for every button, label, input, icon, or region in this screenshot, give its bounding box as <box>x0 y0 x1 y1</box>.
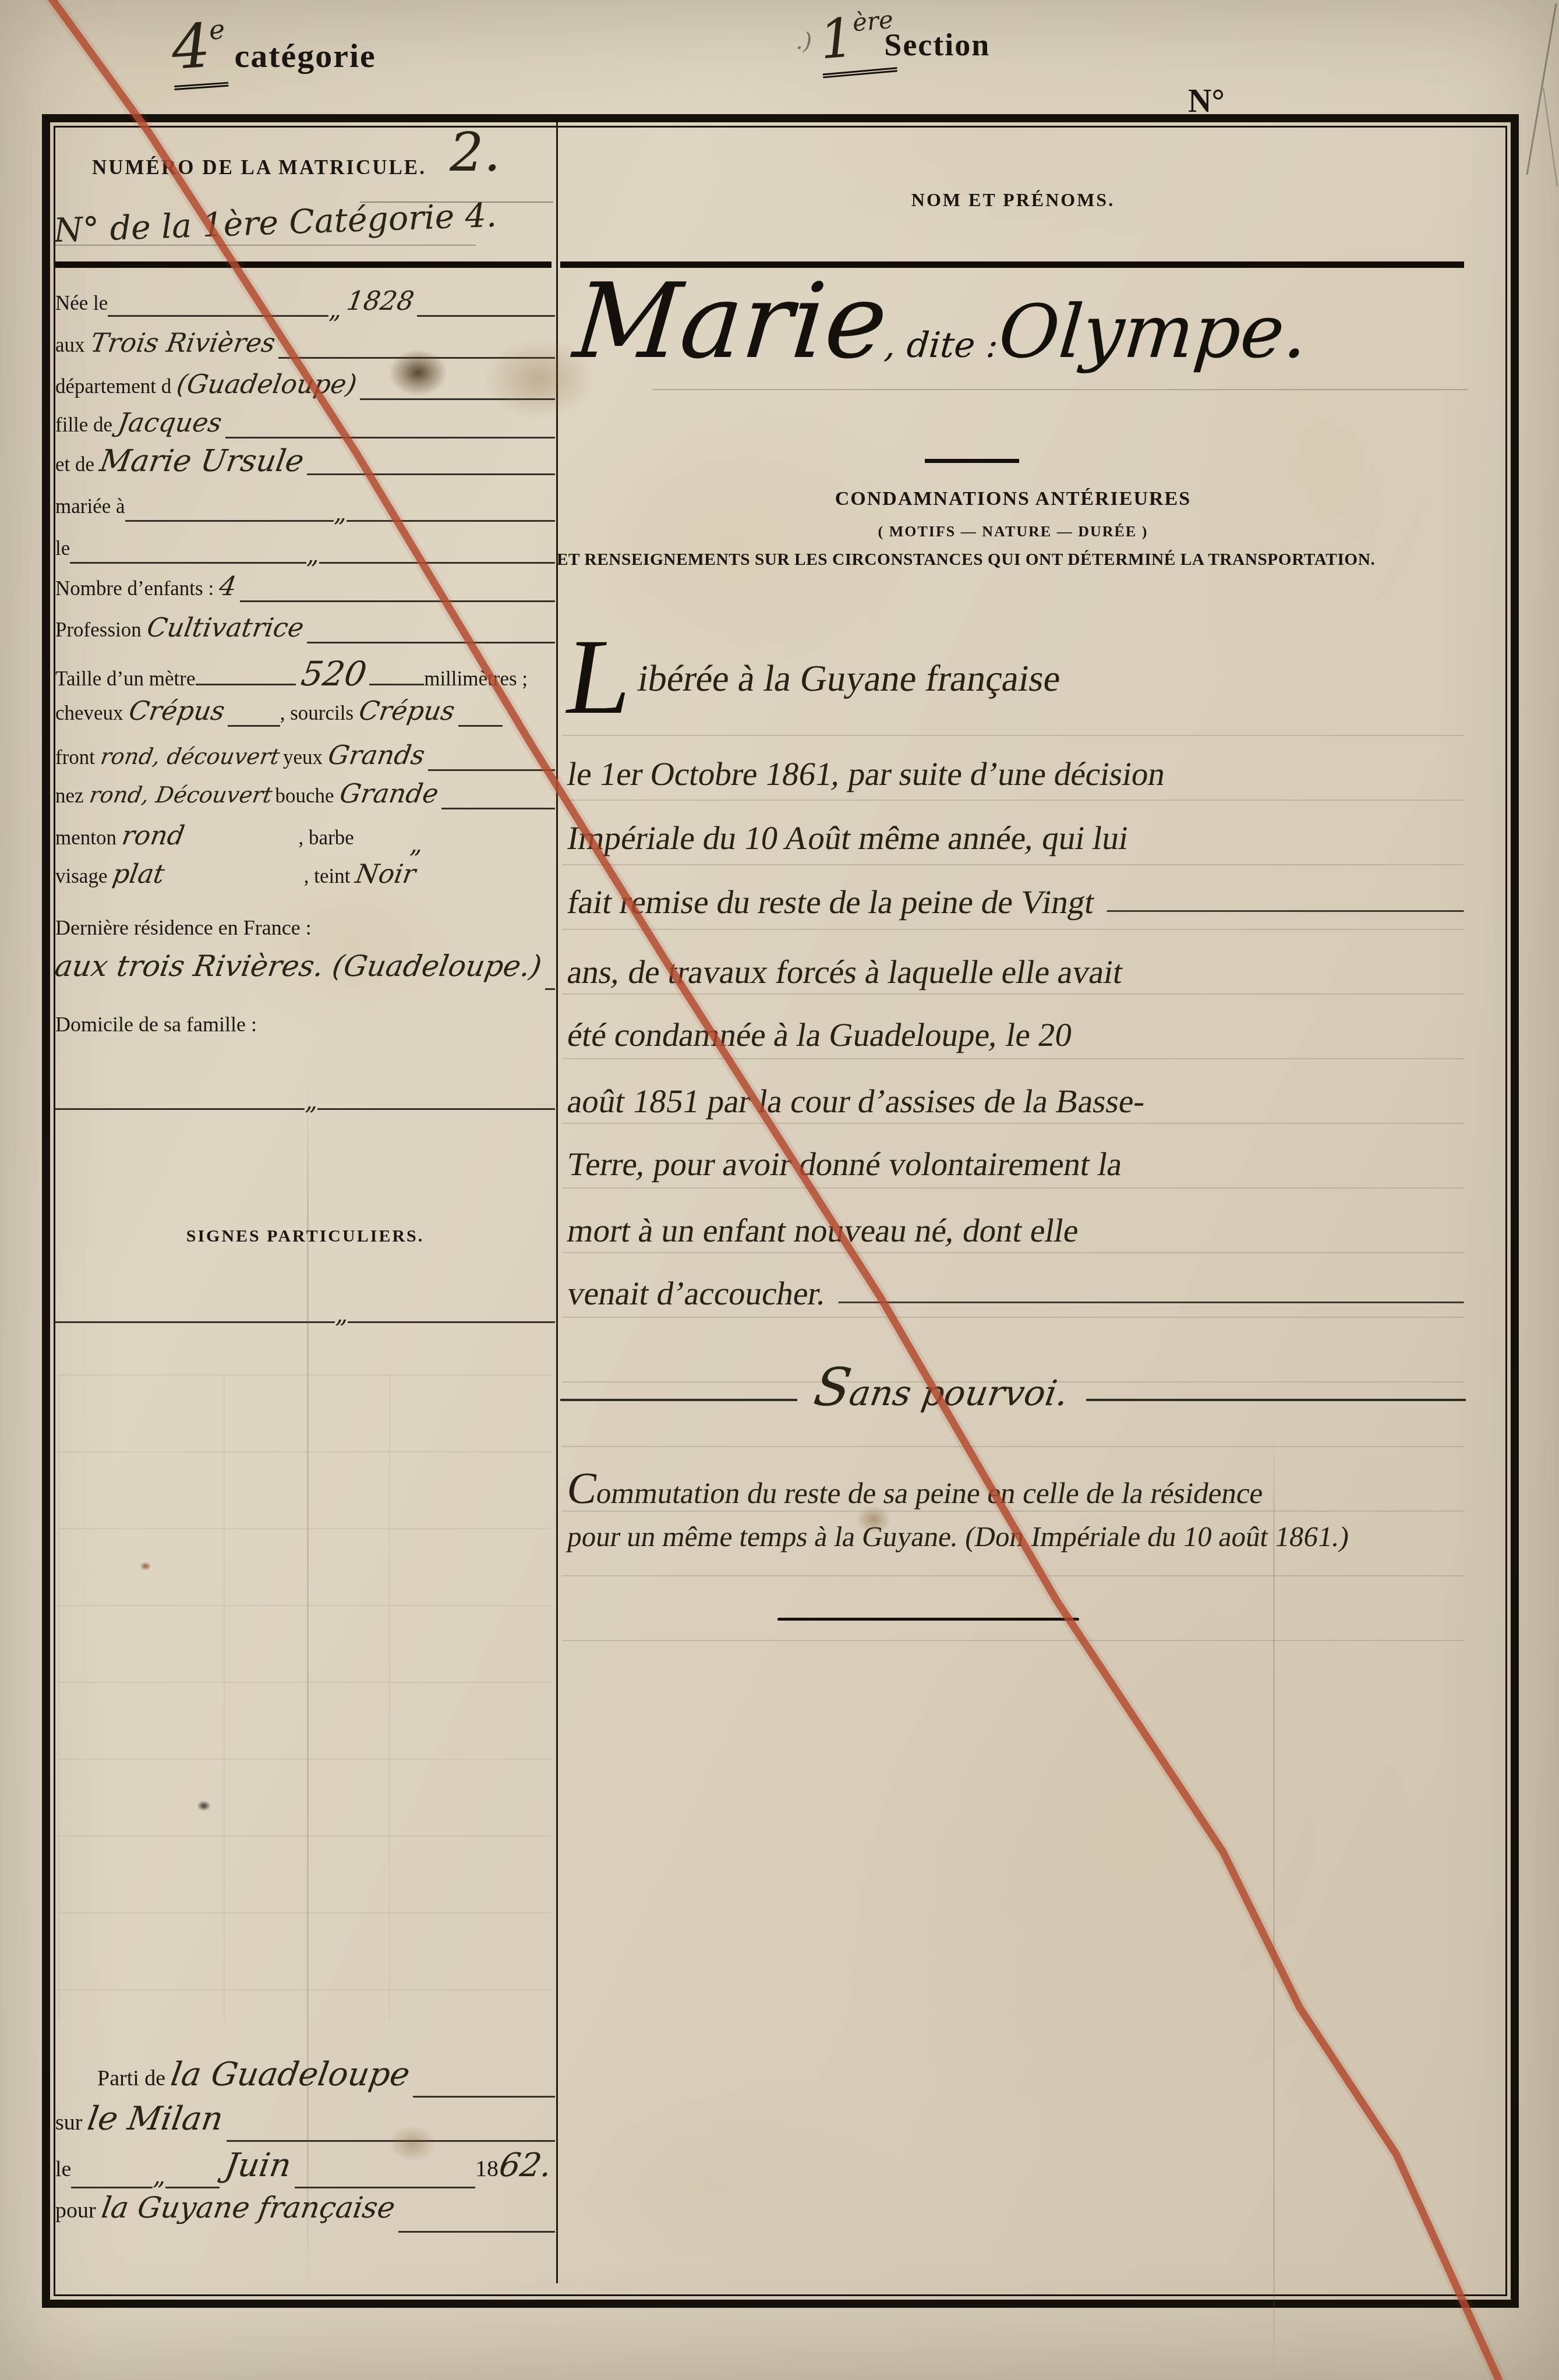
register-page: 4ecatégorie 1èreSection N° .) NUMÉRO DE … <box>0 0 1559 2380</box>
red-crayon-line <box>0 0 1559 2380</box>
